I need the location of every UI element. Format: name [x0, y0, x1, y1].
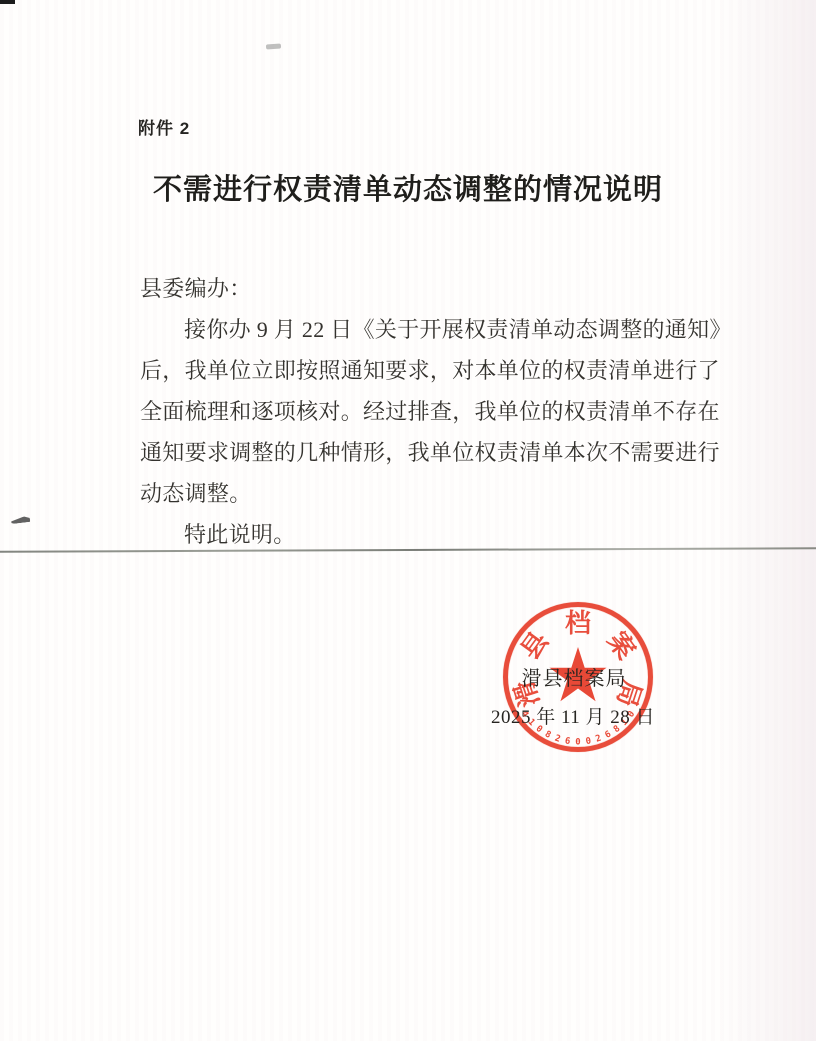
- body-line: 全面梳理和逐项核对。经过排查，我单位的权责清单不存在: [140, 391, 720, 432]
- salutation-line: 县委编办：: [140, 268, 720, 309]
- scanned-document-page: 附件 2 不需进行权责清单动态调整的情况说明 县委编办： 接你办 9 月 22 …: [0, 0, 816, 1041]
- attachment-label: 附件 2: [138, 114, 190, 139]
- scan-smudge-artifact: [266, 43, 281, 49]
- organization-name: 滑县档案局: [521, 662, 627, 691]
- closing-line: 特此说明。: [140, 514, 720, 555]
- seal-code-digit: 0: [575, 739, 580, 748]
- seal-ring-char: 档: [565, 611, 591, 637]
- body-line: 后，我单位立即按照通知要求，对本单位的权责清单进行了: [140, 350, 720, 391]
- document-body: 县委编办： 接你办 9 月 22 日《关于开展权责清单动态调整的通知》 后，我单…: [140, 268, 720, 555]
- body-line: 通知要求调整的几种情形，我单位权责清单本次不需要进行: [140, 432, 720, 473]
- signature-date: 2025 年 11 月 28 日: [491, 702, 651, 729]
- body-line: 接你办 9 月 22 日《关于开展权责清单动态调整的通知》: [140, 309, 720, 350]
- scan-corner-artifact: [0, 0, 15, 4]
- document-title: 不需进行权责清单动态调整的情况说明: [0, 167, 816, 208]
- scan-dash-artifact: [11, 516, 31, 524]
- body-line: 动态调整。: [140, 473, 720, 514]
